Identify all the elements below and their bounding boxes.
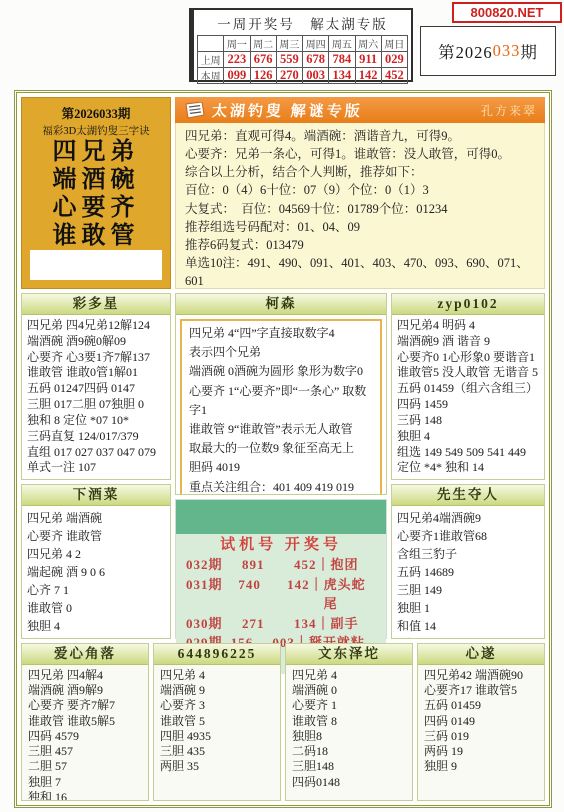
draw-number: 911 xyxy=(355,52,381,68)
text-line: 心要齐17 谁敢管5 xyxy=(424,683,538,698)
panel-zyp0102-body: 四兄弟4 明码 4端酒碗9 酒 谐音 9心要齐0 1心形象0 要谐音1谁敢管5 … xyxy=(392,315,544,479)
issue-number: 033 xyxy=(493,41,521,61)
main-frame: 第2026033期 福彩3D太湖钓叟三字诀 四兄弟 端酒碗 心要齐 谁敢管 太湖… xyxy=(14,90,552,808)
weekday-header: 周四 xyxy=(303,36,329,52)
text-line: 三码 148 xyxy=(397,413,539,429)
draw-results-panel: 试机号 开奖号 032期 891 452 ｜ 抱团 031期 740 142 xyxy=(175,499,387,639)
row-label: 上周 xyxy=(198,52,224,68)
draw-number: 142 xyxy=(355,68,381,84)
text-line: 端酒碗 酒9解9 xyxy=(28,683,142,698)
draw-number: 142 xyxy=(287,575,310,614)
text-line: 四胆 4935 xyxy=(160,729,274,744)
draw-issue: 031期 xyxy=(186,575,238,614)
text-line: 四码0148 xyxy=(292,775,406,790)
draw-note: 虎头蛇尾 xyxy=(324,575,376,614)
text-line: 二胆 57 xyxy=(28,759,142,774)
panel-aixinjiaoluo: 爱心角落 四兄弟 四4解4端酒碗 酒9解9心要齐 要齐7解7谁敢管 谁敢5解5四… xyxy=(21,643,149,801)
text-line: 表示四个兄弟 xyxy=(189,343,373,362)
draw-number: 678 xyxy=(303,52,329,68)
columns-row: 彩多星 四兄弟 四4兄弟12解124端酒碗 酒9碗0解09心要齐 心3要1齐7解… xyxy=(21,293,545,639)
table-row: 周一 周二 周三 周四 周五 周六 周日 xyxy=(198,36,408,52)
week-draws-title: 一周开奖号 解太湖专版 xyxy=(197,12,408,35)
text-line: 推荐6码复式：013479 xyxy=(185,236,535,254)
text-line: 二码18 xyxy=(292,744,406,759)
golden-riddle-box: 第2026033期 福彩3D太湖钓叟三字诀 四兄弟 端酒碗 心要齐 谁敢管 xyxy=(21,97,171,289)
current-issue-box: 第2026033期 xyxy=(420,26,556,76)
text-line: 五码 01459（组六含组三） xyxy=(397,381,539,397)
text-line: 端酒碗 9 xyxy=(160,683,274,698)
text-line: 三胆 017二胆 07独胆 0 xyxy=(27,397,165,413)
panel-wendongzetuo: 文东泽坨 四兄弟 4端酒碗 0心要齐 1谁敢管 8独胆8二码18三胆148四码0… xyxy=(285,643,413,801)
text-line: 取最大的一位数9 象征至高无上 xyxy=(189,439,373,458)
weekday-header: 周五 xyxy=(329,36,355,52)
text-line: 四兄弟4 明码 4 xyxy=(397,318,539,334)
separator: ｜ xyxy=(317,555,331,575)
text-line: 端酒碗9 酒 谐音 9 xyxy=(397,334,539,350)
draw-number: 784 xyxy=(329,52,355,68)
text-line: 端酒碗 0 xyxy=(292,683,406,698)
text-line: 四兄弟 4 xyxy=(160,668,274,683)
text-line: 四兄弟4端酒碗9 xyxy=(397,509,539,527)
analysis-stack: 太湖钓叟 解谜专版 孔方来翠 四兄弟：直观可得4。端酒碗：酒谐音九，可得9。心要… xyxy=(175,97,545,289)
riddle-line: 谁敢管 xyxy=(30,222,162,250)
weekday-header: 周二 xyxy=(250,36,276,52)
text-line: 独和 16 xyxy=(28,790,142,800)
text-line: 端起碗 酒 9 0 6 xyxy=(27,563,165,581)
top-content-row: 第2026033期 福彩3D太湖钓叟三字诀 四兄弟 端酒碗 心要齐 谁敢管 太湖… xyxy=(21,97,545,289)
page-title: 太湖钓叟 解谜专版 xyxy=(211,100,363,121)
text-line: 四兄弟：直观可得4。端酒碗：酒谐音九，可得9。 xyxy=(185,127,535,145)
panel-xinsui-body: 四兄弟42 端酒碗90心要齐17 谁敢管5五码 01459四码 0149三码 0… xyxy=(418,665,544,800)
text-line: 组选 149 549 509 541 449 xyxy=(397,445,539,461)
golden-box-issue: 第2026033期 xyxy=(30,104,162,122)
separator: ｜ xyxy=(310,575,324,614)
text-line: 三胆 435 xyxy=(160,744,274,759)
text-line: 端酒碗 0酒碗为圆形 象形为数字0 xyxy=(189,362,373,381)
text-line: 推荐组选号码配对：01、04、09 xyxy=(185,218,535,236)
analysis-text: 四兄弟：直观可得4。端酒碗：酒谐音九，可得9。心要齐：兄弟一条心，可得1。谁敢管… xyxy=(175,123,545,289)
panel-kesen: 柯森 四兄弟 4“四”字直接取数字4表示四个兄弟端酒碗 0酒碗为圆形 象形为数字… xyxy=(175,293,387,495)
panel-caiduoxing-body: 四兄弟 四4兄弟12解124端酒碗 酒9碗0解09心要齐 心3要1齐7解137谁… xyxy=(22,315,170,479)
panel-kesen-title: 柯森 xyxy=(176,294,386,315)
panel-aixinjiaoluo-body: 四兄弟 四4解4端酒碗 酒9解9心要齐 要齐7解7谁敢管 谁敢5解5四码 457… xyxy=(22,665,148,800)
text-line: 五码 01459 xyxy=(424,698,538,713)
kesen-inner-box: 四兄弟 4“四”字直接取数字4表示四个兄弟端酒碗 0酒碗为圆形 象形为数字0心要… xyxy=(180,319,382,495)
draw-number: 452 xyxy=(294,555,317,575)
text-line: 四码 1459 xyxy=(397,397,539,413)
green-divider-bar xyxy=(176,500,386,534)
panel-xiajiucai: 下酒菜 四兄弟 端酒碗心要齐 谁敢管四兄弟 4 2端起碗 酒 9 0 6心齐 7… xyxy=(21,484,171,639)
text-line: 四兄弟 四4兄弟12解124 xyxy=(27,318,165,334)
draw-issue: 030期 xyxy=(186,614,242,634)
text-line: 心要齐 1“心要齐”即“一条心” 取数字1 xyxy=(189,382,373,420)
panel-caiduoxing: 彩多星 四兄弟 四4兄弟12解124端酒碗 酒9碗0解09心要齐 心3要1齐7解… xyxy=(21,293,171,480)
panel-xianshengduoren-body: 四兄弟4端酒碗9心要齐1谁敢管68含组三豹子五码 14689三胆 149独胆 1… xyxy=(392,506,544,638)
draw-result-row: 030期 271 134 ｜ 副手 xyxy=(186,614,376,634)
issue-prefix: 第2026 xyxy=(438,39,493,63)
text-line: 三码 019 xyxy=(424,729,538,744)
panel-wendongzetuo-body: 四兄弟 4端酒碗 0心要齐 1谁敢管 8独胆8二码18三胆148四码0148 xyxy=(286,665,412,800)
text-line: 独胆 9 xyxy=(424,759,538,774)
weekday-header: 周三 xyxy=(276,36,302,52)
panel-zyp0102: zyp0102 四兄弟4 明码 4端酒碗9 酒 谐音 9心要齐0 1心形象0 要… xyxy=(391,293,545,480)
text-line: 心要齐0 1心形象0 要谐音1 xyxy=(397,350,539,366)
panel-644896225-title: 644896225 xyxy=(154,644,280,665)
panel-caiduoxing-title: 彩多星 xyxy=(22,294,170,315)
text-line: 胆码 4019 xyxy=(189,458,373,477)
orange-header: 太湖钓叟 解谜专版 孔方来翠 xyxy=(175,97,545,123)
text-line: 单式一注 107 xyxy=(27,460,165,476)
text-line: 心齐 7 1 xyxy=(27,581,165,599)
panel-xianshengduoren: 先生夺人 四兄弟4端酒碗9心要齐1谁敢管68含组三豹子五码 14689三胆 14… xyxy=(391,484,545,639)
text-line: 三码直复 124/017/379 xyxy=(27,429,165,445)
header-right-label: 孔方来翠 xyxy=(481,102,537,119)
empty-white-box xyxy=(30,250,162,280)
text-line: 五码 14689 xyxy=(397,563,539,581)
text-line: 四码 0149 xyxy=(424,714,538,729)
bottom-row: 爱心角落 四兄弟 四4解4端酒碗 酒9解9心要齐 要齐7解7谁敢管 谁敢5解5四… xyxy=(21,643,545,801)
draw-number: 270 xyxy=(276,68,302,84)
draw-note: 副手 xyxy=(331,614,359,634)
text-line: 谁敢管 9“谁敢管”表示无人敢管 xyxy=(189,420,373,439)
text-line: 四兄弟 4 2 xyxy=(27,545,165,563)
text-line: 独胆 4 xyxy=(397,429,539,445)
draw-number: 029 xyxy=(381,52,407,68)
text-line: 定位 *4* 独和 14 xyxy=(397,460,539,476)
text-line: 心要齐 1 xyxy=(292,698,406,713)
issue-suffix: 期 xyxy=(520,39,538,63)
draw-number: 099 xyxy=(224,68,250,84)
draw-number: 559 xyxy=(276,52,302,68)
text-line: 大复式： 百位：04569十位：01789个位：01234 xyxy=(185,200,535,218)
panel-wendongzetuo-title: 文东泽坨 xyxy=(286,644,412,665)
text-line: 5注 149 169 189 146 148 xyxy=(397,635,539,638)
scroll-icon xyxy=(183,102,205,119)
draw-number: 676 xyxy=(250,52,276,68)
left-column: 彩多星 四兄弟 四4兄弟12解124端酒碗 酒9碗0解09心要齐 心3要1齐7解… xyxy=(21,293,171,639)
table-row: 本周 099 126 270 003 134 142 452 xyxy=(198,68,408,84)
text-line: 谁敢管 谁敢0管1解01 xyxy=(27,365,165,381)
text-line: 独胆 7 xyxy=(28,775,142,790)
text-line: 单组 429 400 164 460 417 xyxy=(27,635,165,638)
text-line: 独和 8 定位 *07 10* xyxy=(27,413,165,429)
corner-cell xyxy=(198,36,224,52)
riddle-line: 端酒碗 xyxy=(30,166,162,194)
row-label: 本周 xyxy=(198,68,224,84)
text-line: 四码 4579 xyxy=(28,729,142,744)
site-link[interactable]: 800820.NET xyxy=(452,2,562,23)
panel-xiajiucai-body: 四兄弟 端酒碗心要齐 谁敢管四兄弟 4 2端起碗 酒 9 0 6心齐 7 1谁敢… xyxy=(22,506,170,638)
draw-issue: 032期 xyxy=(186,555,242,575)
golden-box-subtitle: 福彩3D太湖钓叟三字诀 xyxy=(30,123,162,138)
text-line: 两码 19 xyxy=(424,744,538,759)
text-line: 单选10注：491、490、091、401、403、470、093、690、07… xyxy=(185,254,535,289)
page: 一周开奖号 解太湖专版 周一 周二 周三 周四 周五 周六 周日 上周 223 … xyxy=(0,0,564,812)
text-line: 心要齐 要齐7解7 xyxy=(28,698,142,713)
panel-644896225: 644896225 四兄弟 4端酒碗 9心要齐 3谁敢管 5四胆 4935三胆 … xyxy=(153,643,281,801)
text-line: 综合以上分析，结合个人判断，推荐如下： xyxy=(185,163,535,181)
text-line: 含组三豹子 xyxy=(397,545,539,563)
text-line: 谁敢管5 没人敢管 无谐音 5 xyxy=(397,365,539,381)
panel-xinsui-title: 心遂 xyxy=(418,644,544,665)
text-line: 四兄弟 4“四”字直接取数字4 xyxy=(189,324,373,343)
draw-note: 抱团 xyxy=(331,555,359,575)
text-line: 谁敢管 8 xyxy=(292,714,406,729)
draw-number: 126 xyxy=(250,68,276,84)
panel-zyp0102-title: zyp0102 xyxy=(392,294,544,315)
draw-result-row: 032期 891 452 ｜ 抱团 xyxy=(186,555,376,575)
test-number: 740 xyxy=(238,575,287,614)
panel-xianshengduoren-title: 先生夺人 xyxy=(392,485,544,506)
text-line: 和值 14 xyxy=(397,617,539,635)
weekday-header: 周一 xyxy=(224,36,250,52)
text-line: 直组 017 027 037 047 079 xyxy=(27,445,165,461)
test-number: 891 xyxy=(242,555,294,575)
text-line: 独胆8 xyxy=(292,729,406,744)
text-line: 心要齐：兄弟一条心，可得1。谁敢管：没人敢管，可得0。 xyxy=(185,145,535,163)
panel-aixinjiaoluo-title: 爱心角落 xyxy=(22,644,148,665)
draw-results-title: 试机号 开奖号 xyxy=(186,535,376,555)
text-line: 四兄弟 端酒碗 xyxy=(27,509,165,527)
text-line: 三胆 457 xyxy=(28,744,142,759)
top-strip: 一周开奖号 解太湖专版 周一 周二 周三 周四 周五 周六 周日 上周 223 … xyxy=(0,0,564,88)
draw-number: 134 xyxy=(294,614,317,634)
text-line: 心要齐 心3要1齐7解137 xyxy=(27,350,165,366)
text-line: 四兄弟 4 xyxy=(292,668,406,683)
text-line: 两胆 35 xyxy=(160,759,274,774)
panel-644896225-body: 四兄弟 4端酒碗 9心要齐 3谁敢管 5四胆 4935三胆 435两胆 35 xyxy=(154,665,280,800)
text-line: 独胆 1 xyxy=(397,599,539,617)
text-line: 心要齐 谁敢管 xyxy=(27,527,165,545)
text-line: 五码 01247四码 0147 xyxy=(27,381,165,397)
riddle-line: 四兄弟 xyxy=(30,138,162,166)
text-line: 端酒碗 酒9碗0解09 xyxy=(27,334,165,350)
separator: ｜ xyxy=(317,614,331,634)
panel-xinsui: 心遂 四兄弟42 端酒碗90心要齐17 谁敢管5五码 01459四码 0149三… xyxy=(417,643,545,801)
text-line: 心要齐1谁敢管68 xyxy=(397,527,539,545)
text-line: 独胆 4 xyxy=(27,617,165,635)
panel-kesen-body: 四兄弟 4“四”字直接取数字4表示四个兄弟端酒碗 0酒碗为圆形 象形为数字0心要… xyxy=(176,315,386,495)
right-column: zyp0102 四兄弟4 明码 4端酒碗9 酒 谐音 9心要齐0 1心形象0 要… xyxy=(391,293,545,639)
draw-number: 223 xyxy=(224,52,250,68)
text-line: 三胆 149 xyxy=(397,581,539,599)
middle-column: 柯森 四兄弟 4“四”字直接取数字4表示四个兄弟端酒碗 0酒碗为圆形 象形为数字… xyxy=(175,293,387,639)
text-line: 谁敢管 5 xyxy=(160,714,274,729)
panel-xiajiucai-title: 下酒菜 xyxy=(22,485,170,506)
week-draws-table: 周一 周二 周三 周四 周五 周六 周日 上周 223 676 559 678 … xyxy=(197,35,408,84)
draw-number: 003 xyxy=(303,68,329,84)
text-line: 四兄弟42 端酒碗90 xyxy=(424,668,538,683)
text-line: 四兄弟 四4解4 xyxy=(28,668,142,683)
draw-result-row: 031期 740 142 ｜ 虎头蛇尾 xyxy=(186,575,376,614)
text-line: 百位：0（4）6十位：07（9）个位：0（1）3 xyxy=(185,181,535,199)
weekday-header: 周六 xyxy=(355,36,381,52)
text-line: 重点关注组合：401 409 419 019 xyxy=(189,478,373,496)
table-row: 上周 223 676 559 678 784 911 029 xyxy=(198,52,408,68)
text-line: 三胆148 xyxy=(292,759,406,774)
riddle-line: 心要齐 xyxy=(30,194,162,222)
test-number: 271 xyxy=(242,614,294,634)
weekday-header: 周日 xyxy=(381,36,407,52)
text-line: 心要齐 3 xyxy=(160,698,274,713)
draw-number: 452 xyxy=(381,68,407,84)
text-line: 谁敢管 0 xyxy=(27,599,165,617)
week-draws-box: 一周开奖号 解太湖专版 周一 周二 周三 周四 周五 周六 周日 上周 223 … xyxy=(192,8,413,82)
text-line: 谁敢管 谁敢5解5 xyxy=(28,714,142,729)
draw-number: 134 xyxy=(329,68,355,84)
